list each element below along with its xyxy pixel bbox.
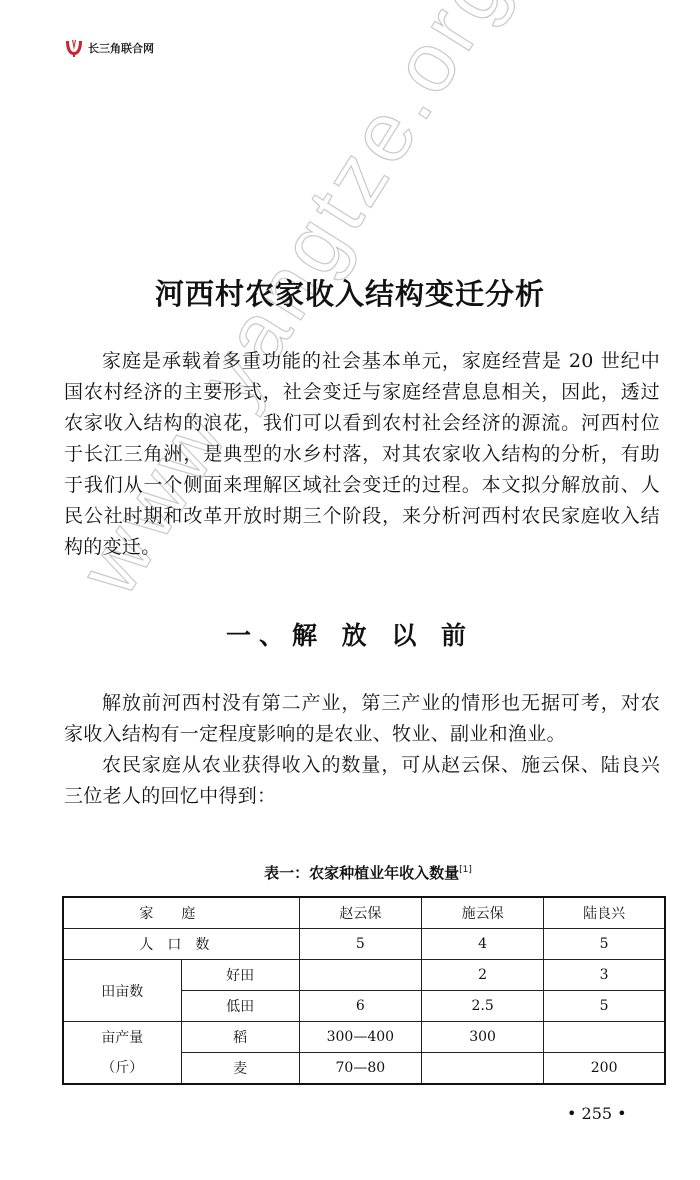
row-label: 好田 (181, 960, 299, 991)
table-row-rice-yield: 亩产量 （斤） 稻 300—400 300 (63, 1022, 665, 1053)
table-caption: 表一：农家种植业年收入数量[1] (0, 862, 700, 883)
header-cell: 陆良兴 (544, 897, 665, 929)
table-cell: 70—80 (299, 1053, 421, 1085)
yangtze-delta-logo-icon (64, 38, 84, 58)
row-label: 低田 (181, 991, 299, 1022)
row-label: 麦 (181, 1053, 299, 1085)
table-cell: 3 (544, 960, 665, 991)
section-paragraph: 解放前河西村没有第二产业，第三产业的情形也无据可考，对农家收入结构有一定程度影响… (64, 688, 660, 750)
section-paragraph: 农民家庭从农业获得收入的数量，可从赵云保、施云保、陆良兴三位老人的回忆中得到： (64, 750, 660, 812)
footnote-ref[interactable]: [1] (459, 865, 472, 875)
table-cell: 5 (544, 929, 665, 960)
table-cell (544, 1022, 665, 1053)
header-cell: 赵云保 (299, 897, 421, 929)
table-cell: 2 (421, 960, 543, 991)
table-cell: 2.5 (421, 991, 543, 1022)
table-cell (299, 960, 421, 991)
table-cell: 300—400 (299, 1022, 421, 1053)
yield-label: 亩产量 (64, 1023, 181, 1053)
table-cell: 6 (299, 991, 421, 1022)
income-table: 家庭 赵云保 施云保 陆良兴 人口数 5 4 5 田亩数 好田 2 3 低田 6… (62, 896, 666, 1085)
row-label: 稻 (181, 1022, 299, 1053)
intro-paragraph: 家庭是承载着多重功能的社会基本单元，家庭经营是 20 世纪中国农村经济的主要形式… (64, 346, 660, 563)
row-group-label: 亩产量 （斤） (63, 1022, 181, 1085)
site-header: 长三角联合网 (64, 38, 154, 58)
table-row-good-land: 田亩数 好田 2 3 (63, 960, 665, 991)
table-cell (421, 1053, 543, 1085)
article-title: 河西村农家收入结构变迁分析 (0, 272, 700, 313)
table-header-row: 家庭 赵云保 施云保 陆良兴 (63, 897, 665, 929)
table-cell: 5 (299, 929, 421, 960)
yield-unit: （斤） (64, 1053, 181, 1083)
table-cell: 5 (544, 991, 665, 1022)
table-caption-text: 表一：农家种植业年收入数量 (264, 864, 459, 882)
page-number: • 255 • (567, 1104, 627, 1123)
table-cell: 300 (421, 1022, 543, 1053)
row-group-label: 田亩数 (63, 960, 181, 1022)
row-label: 人口数 (63, 929, 299, 960)
section-heading: 一、解 放 以 前 (0, 616, 700, 652)
header-cell: 施云保 (421, 897, 543, 929)
header-cell-family: 家庭 (63, 897, 299, 929)
table-cell: 4 (421, 929, 543, 960)
table-row-population: 人口数 5 4 5 (63, 929, 665, 960)
site-name: 长三角联合网 (88, 40, 154, 56)
table-cell: 200 (544, 1053, 665, 1085)
